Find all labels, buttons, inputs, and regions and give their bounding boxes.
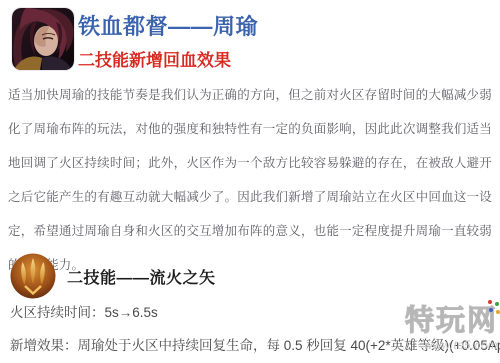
skill-name: 二技能——流火之矢 bbox=[67, 265, 216, 288]
duration-change-line: 火区持续时间：5s→6.5s bbox=[10, 301, 158, 321]
watermark-site-name-text: 特玩网 bbox=[405, 305, 498, 337]
designer-note-paragraph: 适当加快周瑜的技能节奏是我们认为正确的方向，但之前对火区存留时间的大幅减少弱化了… bbox=[8, 78, 492, 282]
zhou-yu-portrait-image bbox=[12, 8, 74, 70]
duration-change-value: 5s→6.5s bbox=[105, 305, 158, 320]
flame-arrows-icon bbox=[10, 253, 56, 299]
duration-change-label: 火区持续时间： bbox=[10, 305, 105, 320]
change-highlight-text: 二技能新增回血效果 bbox=[78, 46, 231, 71]
page-title: 铁血都督——周瑜 bbox=[78, 10, 258, 41]
new-effect-label: 新增效果： bbox=[10, 338, 78, 353]
watermark-controller-dots-icon bbox=[488, 300, 500, 316]
patch-note-page: 铁血都督——周瑜 二技能新增回血效果 适当加快周瑜的技能节奏是我们认为正确的方向… bbox=[0, 0, 500, 363]
skill-header: 二技能——流火之矢 bbox=[10, 253, 216, 299]
watermark-site-name: 特玩网 bbox=[405, 298, 498, 339]
zhou-yu-avatar bbox=[12, 8, 74, 70]
new-effect-line: 新增效果：周瑜处于火区中持续回复生命，每 0.5 秒回复 40(+2*英雄等级)… bbox=[10, 334, 500, 354]
new-effect-value: 周瑜处于火区中持续回复生命，每 0.5 秒回复 40(+2*英雄等级)(+0.0… bbox=[78, 338, 500, 353]
